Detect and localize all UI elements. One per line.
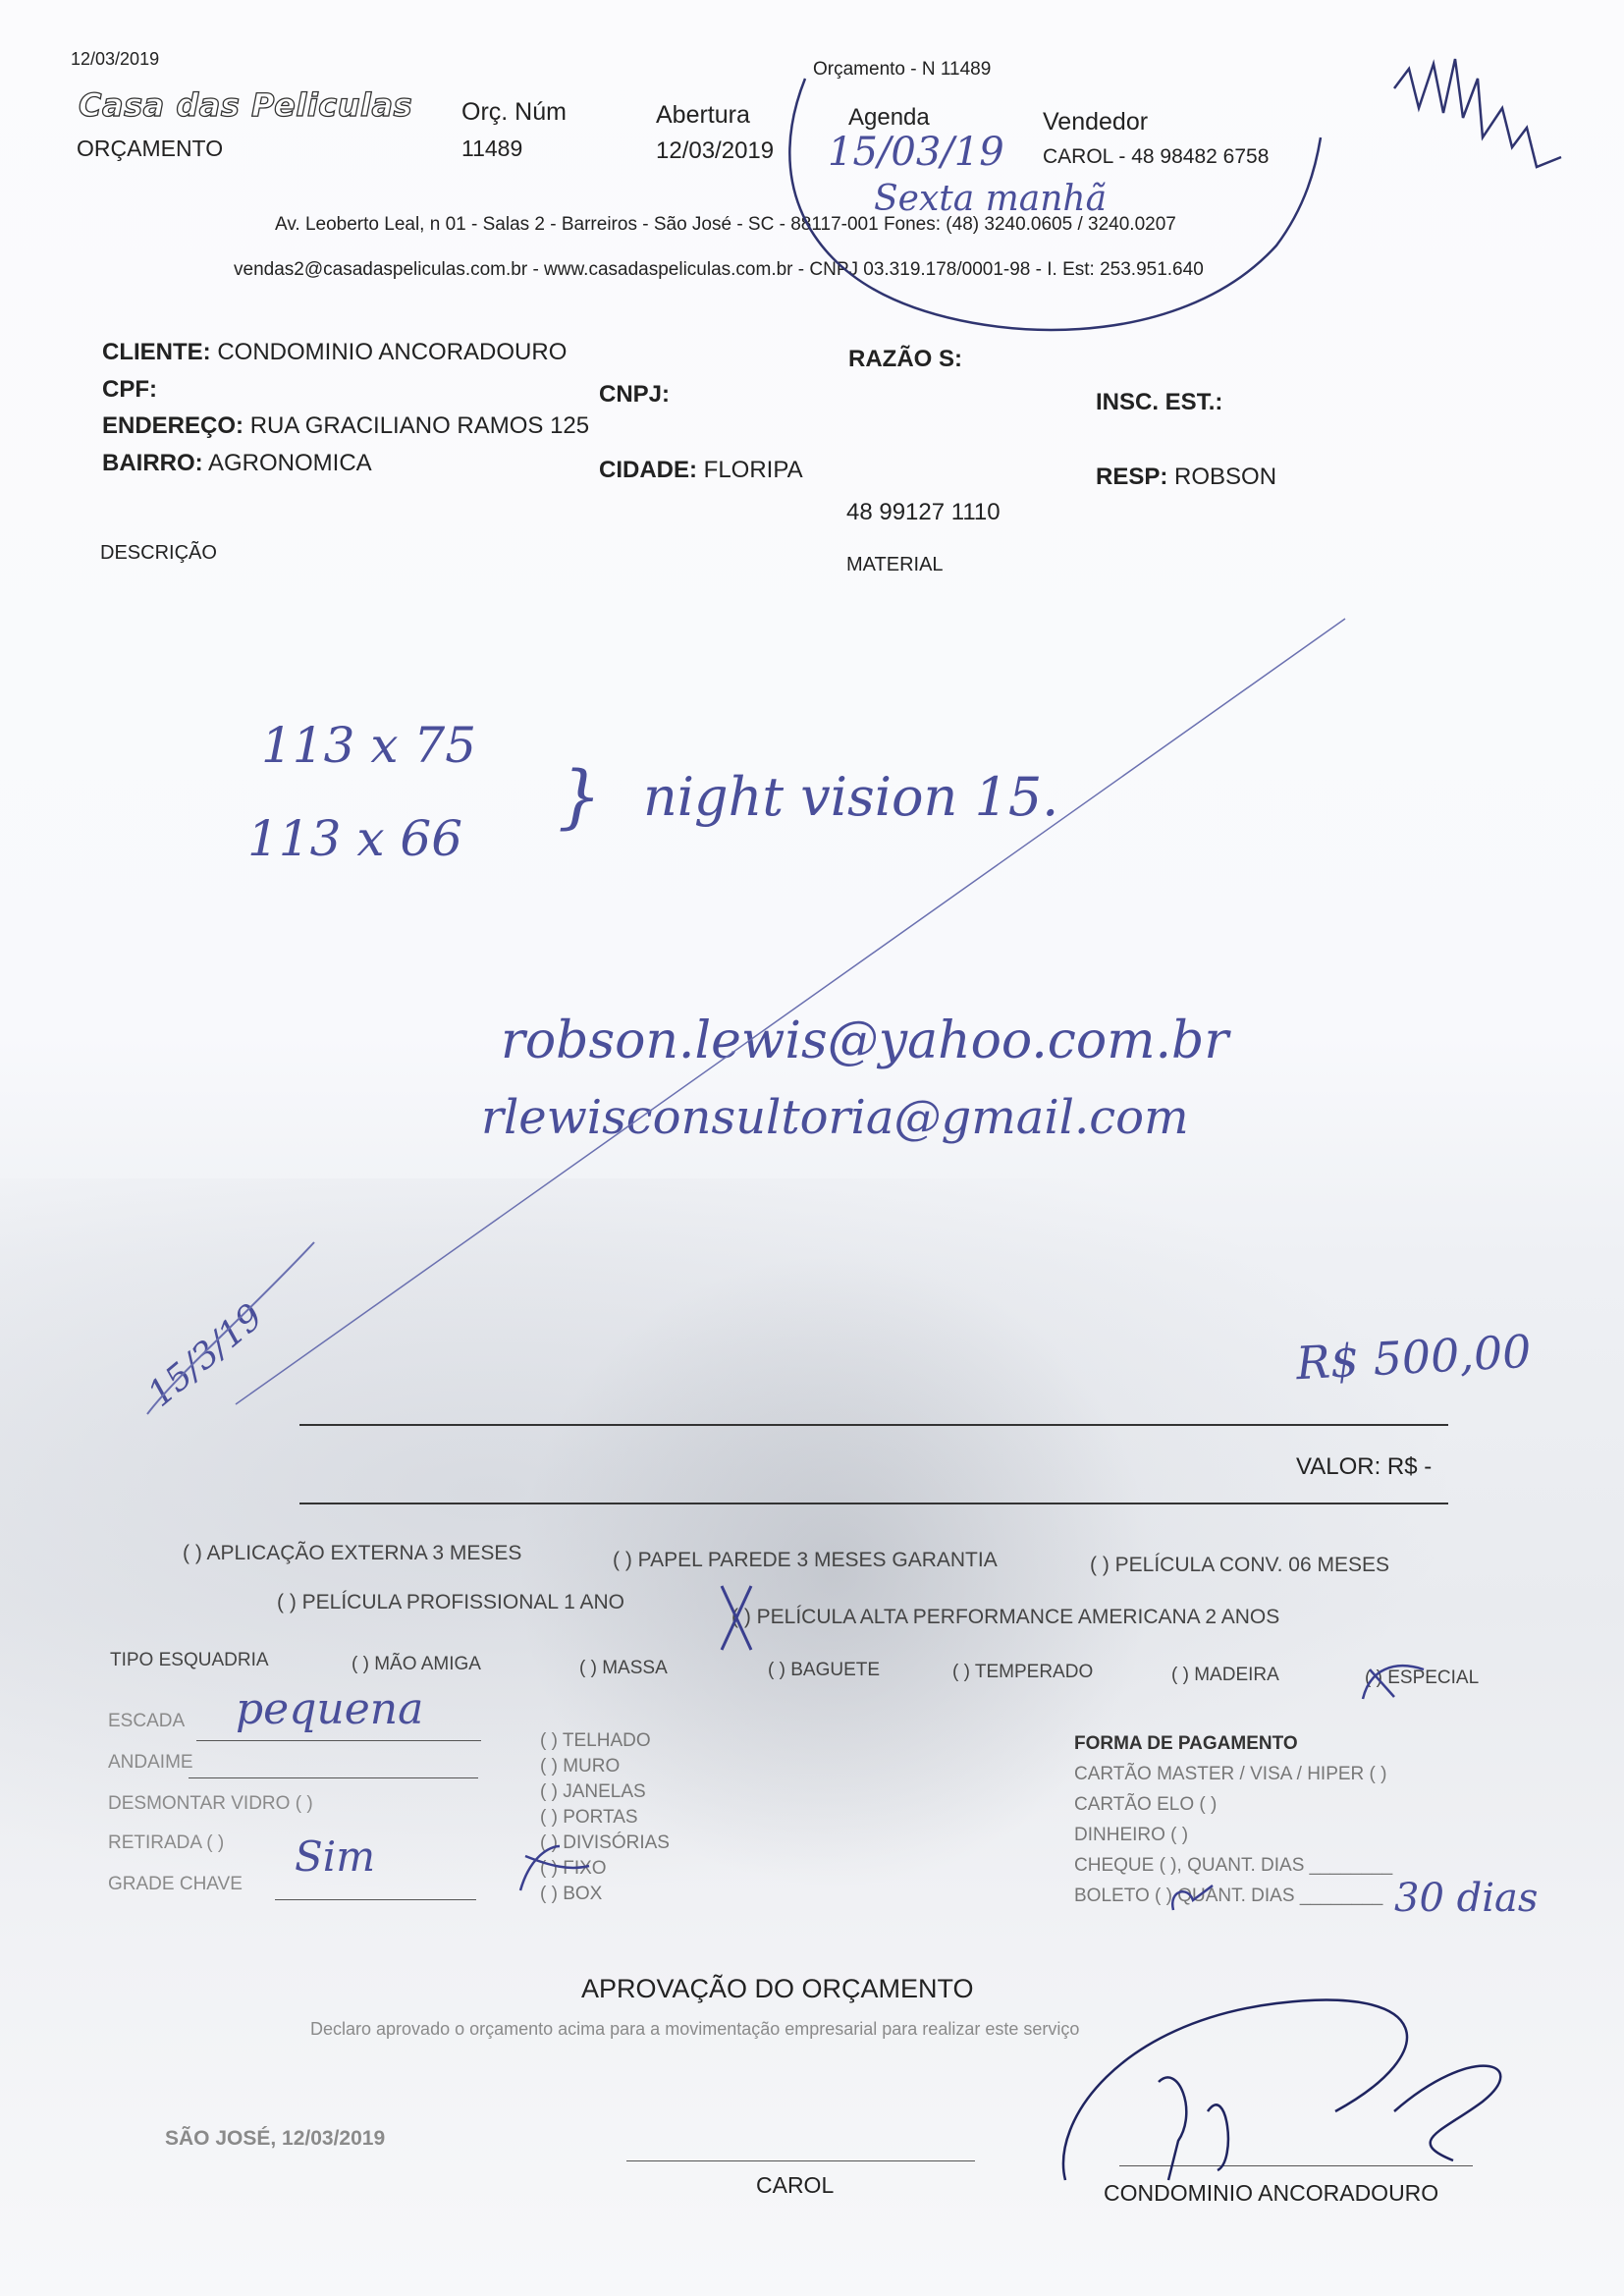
side-signature-date: 15/3/19: [140, 1296, 271, 1415]
company-address: Av. Leoberto Leal, n 01 - Salas 2 - Barr…: [275, 214, 1176, 236]
valor-label: VALOR: R$ -: [1296, 1453, 1432, 1481]
material-label: MATERIAL: [846, 554, 944, 576]
client-bairro: AGRONOMICA: [208, 450, 372, 476]
cidade-field: CIDADE: FLORIPA: [599, 457, 803, 484]
divider-line: [299, 1503, 1448, 1504]
client-name-field: CLIENTE: CONDOMINIO ANCORADOURO: [102, 339, 567, 366]
escada-label: ESCADA: [108, 1711, 185, 1732]
boleto-days-handwritten: 30 dias: [1394, 1876, 1538, 1921]
retirada-label[interactable]: RETIRADA ( ): [108, 1832, 224, 1854]
esquadria-label: TIPO ESQUADRIA: [110, 1650, 269, 1671]
service-option-checked[interactable]: ( ) PELÍCULA ALTA PERFORMANCE AMERICANA …: [731, 1606, 1279, 1629]
orc-num-value: 11489: [461, 136, 522, 162]
cpf-label: CPF:: [102, 376, 157, 404]
local-option-checked[interactable]: ( ) FIXO: [540, 1856, 670, 1882]
service-option[interactable]: ( ) PELÍCULA PROFISSIONAL 1 ANO: [277, 1591, 624, 1614]
esquadria-option[interactable]: ( ) MASSA: [579, 1658, 668, 1679]
local-option[interactable]: ( ) PORTAS: [540, 1805, 670, 1831]
payment-option[interactable]: DINHEIRO ( ): [1074, 1820, 1392, 1850]
esquadria-option[interactable]: ( ) MADEIRA: [1171, 1665, 1279, 1686]
desmontar-vidro-label[interactable]: DESMONTAR VIDRO ( ): [108, 1793, 313, 1815]
payment-option[interactable]: CARTÃO ELO ( ): [1074, 1789, 1392, 1820]
measurement-2: 113 x 66: [247, 810, 462, 867]
client-cidade: FLORIPA: [704, 457, 803, 483]
andaime-label: ANDAIME: [108, 1752, 193, 1774]
address-field: ENDEREÇO: RUA GRACILIANO RAMOS 125: [102, 412, 589, 440]
payment-option-checked[interactable]: BOLETO ( ) QUANT. DIAS ________: [1074, 1881, 1392, 1911]
service-option[interactable]: ( ) PAPEL PAREDE 3 MESES GARANTIA: [613, 1549, 998, 1572]
abertura-value: 12/03/2019: [656, 137, 774, 165]
vendedor-label: Vendedor: [1043, 108, 1148, 137]
cnpj-label: CNPJ:: [599, 381, 670, 409]
local-option[interactable]: ( ) DIVISÓRIAS: [540, 1831, 670, 1856]
abertura-label: Abertura: [656, 101, 750, 130]
local-option[interactable]: ( ) BOX: [540, 1882, 670, 1907]
agenda-date-handwritten: 15/03/19: [828, 130, 1004, 175]
payment-option[interactable]: CHEQUE ( ), QUANT. DIAS ________: [1074, 1850, 1392, 1881]
product-name: night vision 15.: [643, 766, 1058, 828]
locais-list: ( ) TELHADO ( ) MURO ( ) JANELAS ( ) POR…: [540, 1728, 670, 1907]
client-resp: ROBSON: [1174, 464, 1276, 490]
vendedor-value: CAROL - 48 98482 6758: [1043, 145, 1269, 169]
esquadria-option[interactable]: ( ) TEMPERADO: [952, 1662, 1093, 1683]
payment-title: FORMA DE PAGAMENTO: [1074, 1728, 1392, 1759]
agenda-note-handwritten: Sexta manhã: [874, 179, 1107, 219]
print-date: 12/03/2019: [71, 49, 159, 70]
signature-scribble-icon: [1394, 59, 1561, 167]
client-signature-icon: [1063, 2000, 1500, 2180]
client-name: CONDOMINIO ANCORADOURO: [217, 339, 567, 365]
client-email-1: robson.lewis@yahoo.com.br: [501, 1011, 1228, 1070]
measurement-1: 113 x 75: [261, 717, 476, 774]
divider-line: [299, 1424, 1448, 1426]
value-handwritten: R$ 500,00: [1295, 1325, 1533, 1390]
payment-section: FORMA DE PAGAMENTO CARTÃO MASTER / VISA …: [1074, 1728, 1392, 1911]
service-option[interactable]: ( ) PELÍCULA CONV. 06 MESES: [1090, 1554, 1389, 1577]
brace-mark: }: [558, 756, 602, 837]
company-contact: vendas2@casadaspeliculas.com.br - www.ca…: [234, 259, 1204, 281]
client-email-2: rlewisconsultoria@gmail.com: [481, 1090, 1189, 1145]
approval-title: APROVAÇÃO DO ORÇAMENTO: [581, 1974, 974, 2004]
client-address: RUA GRACILIANO RAMOS 125: [250, 412, 589, 439]
grade-chave-label: GRADE CHAVE: [108, 1874, 243, 1895]
orc-num-label: Orç. Núm: [461, 98, 567, 127]
insc-est-label: INSC. EST.:: [1096, 389, 1222, 416]
orcamento-ref: Orçamento - N 11489: [813, 59, 991, 81]
doc-type: ORÇAMENTO: [77, 136, 223, 162]
company-logo: Casa das Peliculas: [79, 86, 412, 124]
local-option[interactable]: ( ) MURO: [540, 1754, 670, 1779]
payment-option[interactable]: CARTÃO MASTER / VISA / HIPER ( ): [1074, 1759, 1392, 1789]
local-option[interactable]: ( ) TELHADO: [540, 1728, 670, 1754]
client-phone: 48 99127 1110: [846, 499, 1001, 526]
retirada-value: Sim: [295, 1832, 375, 1881]
bairro-field: BAIRRO: AGRONOMICA: [102, 450, 372, 477]
esquadria-option[interactable]: ( ) MÃO AMIGA: [352, 1654, 481, 1675]
escada-value[interactable]: pequena: [236, 1684, 423, 1734]
esquadria-option-checked[interactable]: ( ) ESPECIAL: [1365, 1667, 1479, 1689]
local-option[interactable]: ( ) JANELAS: [540, 1779, 670, 1805]
approval-declaration: Declaro aprovado o orçamento acima para …: [310, 2019, 1079, 2040]
client-signature-label: CONDOMINIO ANCORADOURO: [1104, 2180, 1438, 2207]
service-option[interactable]: ( ) APLICAÇÃO EXTERNA 3 MESES: [183, 1542, 521, 1565]
place-date: SÃO JOSÉ, 12/03/2019: [165, 2127, 385, 2151]
razao-social-label: RAZÃO S:: [848, 346, 962, 373]
seller-signature-label: CAROL: [756, 2172, 834, 2199]
descricao-label: DESCRIÇÃO: [100, 542, 217, 565]
agenda-label: Agenda: [848, 104, 930, 132]
resp-field: RESP: ROBSON: [1096, 464, 1276, 491]
esquadria-option[interactable]: ( ) BAGUETE: [768, 1660, 880, 1681]
